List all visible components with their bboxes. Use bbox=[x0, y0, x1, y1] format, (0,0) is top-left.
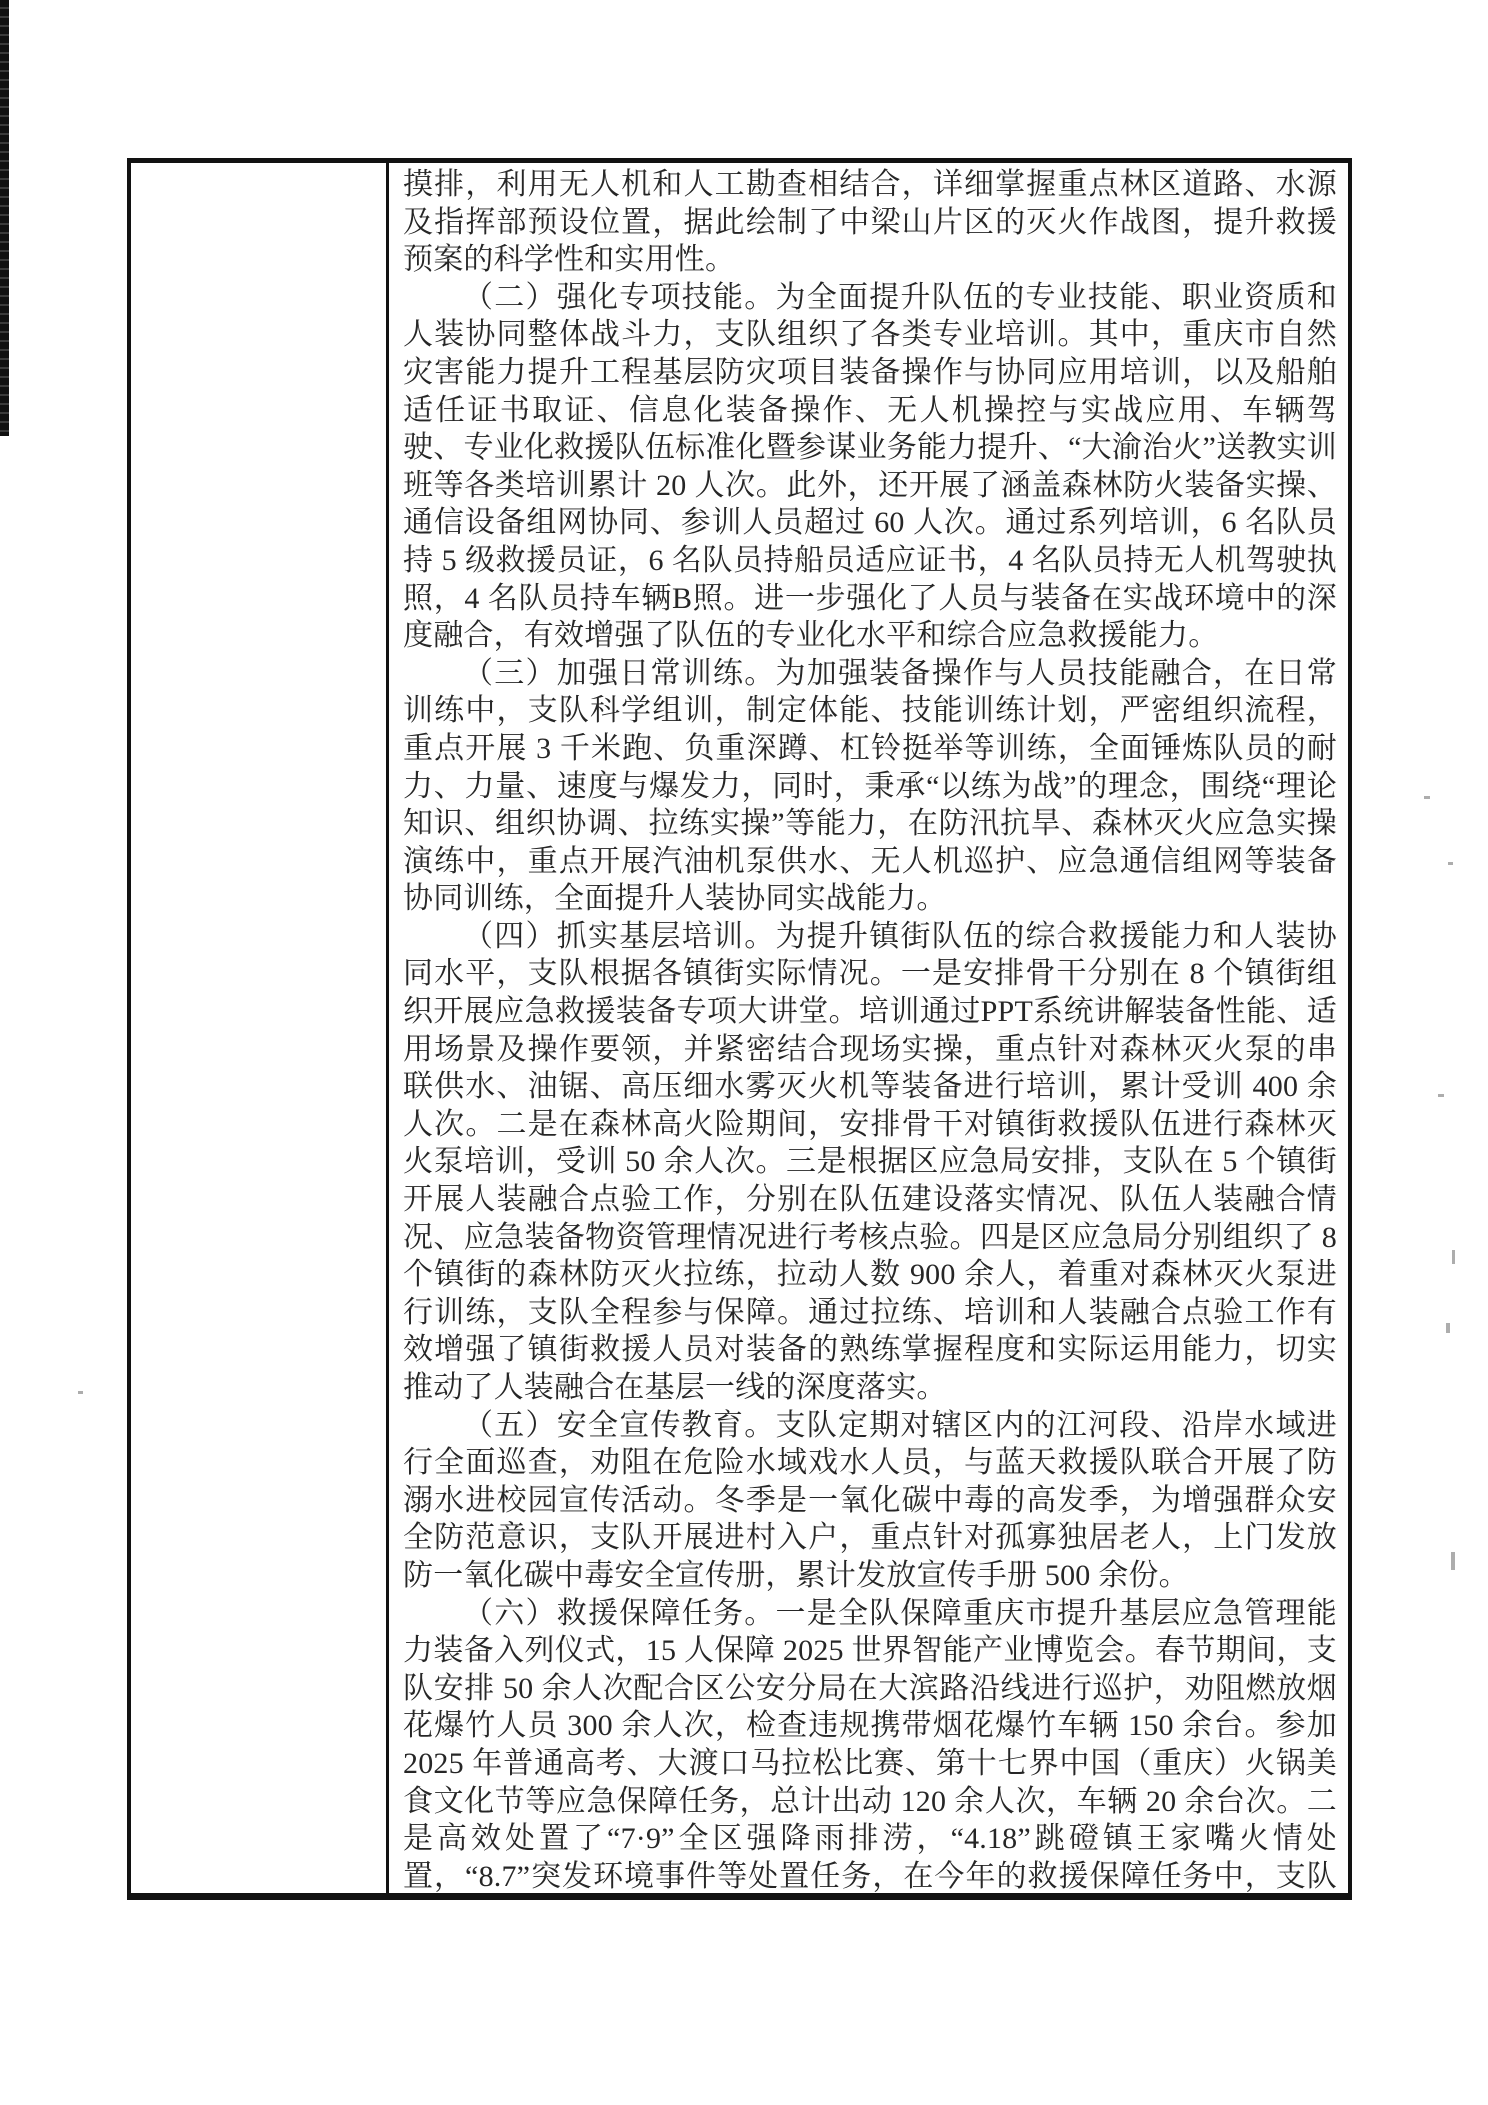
paragraph: （五）安全宣传教育。支队定期对辖区内的江河段、沿岸水域进行全面巡查，劝阻在危险水… bbox=[403, 1407, 1337, 1595]
paragraph: （二）强化专项技能。为全面提升队伍的专业技能、职业资质和人装协同整体战斗力，支队… bbox=[403, 279, 1337, 655]
paragraph: （三）加强日常训练。为加强装备操作与人员技能融合，在日常训练中，支队科学组训，制… bbox=[403, 655, 1337, 918]
scan-speck bbox=[1448, 862, 1453, 865]
paragraph: 摸排，利用无人机和人工勘查相结合，详细掌握重点林区道路、水源及指挥部预设位置，据… bbox=[403, 166, 1337, 279]
document-table: 摸排，利用无人机和人工勘查相结合，详细掌握重点林区道路、水源及指挥部预设位置，据… bbox=[127, 158, 1352, 1900]
scan-streak-artifact bbox=[0, 0, 9, 436]
scan-speck bbox=[1424, 796, 1430, 799]
scan-speck bbox=[1438, 1094, 1444, 1097]
scan-speck bbox=[1452, 1250, 1455, 1264]
table-left-column-empty bbox=[131, 163, 389, 1893]
scanned-document-page: { "page": { "background": "#ffffff" }, "… bbox=[0, 0, 1488, 2105]
paragraph: （六）救援保障任务。一是全队保障重庆市提升基层应急管理能力装备入列仪式，15 人… bbox=[403, 1595, 1337, 1893]
scan-speck bbox=[78, 1391, 83, 1394]
scan-speck bbox=[1451, 1552, 1455, 1570]
paragraph: （四）抓实基层培训。为提升镇街队伍的综合救援能力和人装协同水平，支队根据各镇街实… bbox=[403, 918, 1337, 1407]
text-column: 摸排，利用无人机和人工勘查相结合，详细掌握重点林区道路、水源及指挥部预设位置，据… bbox=[389, 163, 1348, 1893]
scan-speck bbox=[1446, 1323, 1450, 1333]
